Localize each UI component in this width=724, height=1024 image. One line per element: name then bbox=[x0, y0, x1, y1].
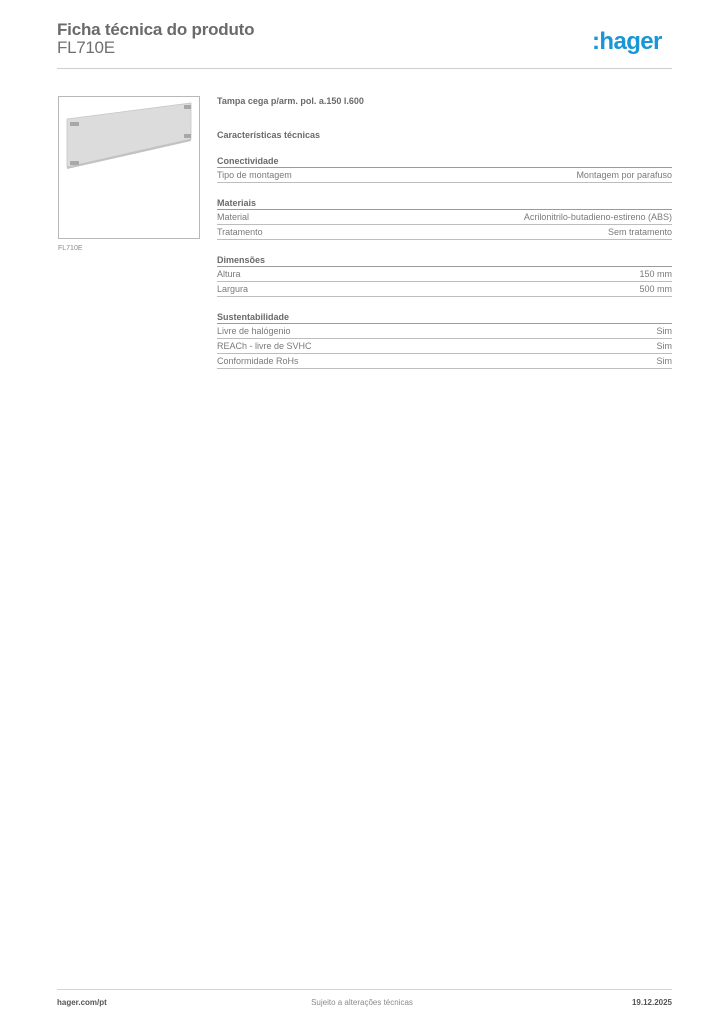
spec-label: Largura bbox=[217, 283, 248, 296]
spec-label: REACh - livre de SVHC bbox=[217, 340, 312, 353]
spec-value: Montagem por parafuso bbox=[576, 169, 672, 182]
spec-group: SustentabilidadeLivre de halógenioSimREA… bbox=[217, 311, 672, 369]
image-caption: FL710E bbox=[58, 245, 83, 252]
spec-group: DimensõesAltura150 mmLargura500 mm bbox=[217, 254, 672, 297]
spec-group-title: Materiais bbox=[217, 197, 672, 210]
spec-row: Tipo de montagemMontagem por parafuso bbox=[217, 168, 672, 183]
spec-row: Largura500 mm bbox=[217, 282, 672, 297]
spec-row: Conformidade RoHsSim bbox=[217, 354, 672, 369]
spec-group-title: Conectividade bbox=[217, 155, 672, 168]
spec-label: Material bbox=[217, 211, 249, 224]
spec-group: ConectividadeTipo de montagemMontagem po… bbox=[217, 155, 672, 183]
spec-group-title: Sustentabilidade bbox=[217, 311, 672, 324]
spec-label: Tratamento bbox=[217, 226, 263, 239]
page-title: Ficha técnica do produto bbox=[57, 20, 254, 40]
spec-value: Sim bbox=[657, 325, 673, 338]
footer-notice: Sujeito a alterações técnicas bbox=[0, 998, 724, 1007]
product-code: FL710E bbox=[57, 38, 115, 58]
spec-row: REACh - livre de SVHCSim bbox=[217, 339, 672, 354]
spec-value: Sim bbox=[657, 355, 673, 368]
product-panel-icon bbox=[59, 97, 199, 238]
spec-value: 150 mm bbox=[639, 268, 672, 281]
footer-date: 19.12.2025 bbox=[632, 998, 672, 1007]
spec-label: Livre de halógenio bbox=[217, 325, 291, 338]
spec-label: Tipo de montagem bbox=[217, 169, 292, 182]
spec-row: Livre de halógenioSim bbox=[217, 324, 672, 339]
hager-logo: :hager bbox=[592, 28, 662, 56]
spec-group-title: Dimensões bbox=[217, 254, 672, 267]
product-description: Tampa cega p/arm. pol. a.150 l.600 bbox=[217, 95, 672, 107]
spec-value: Sim bbox=[657, 340, 673, 353]
spec-row: MaterialAcrilonitrilo-butadieno-estireno… bbox=[217, 210, 672, 225]
footer-divider bbox=[57, 989, 672, 990]
spec-group: MateriaisMaterialAcrilonitrilo-butadieno… bbox=[217, 197, 672, 240]
header-divider bbox=[57, 68, 672, 69]
product-image bbox=[58, 96, 200, 239]
spec-row: TratamentoSem tratamento bbox=[217, 225, 672, 240]
spec-value: Sem tratamento bbox=[608, 226, 672, 239]
spec-label: Altura bbox=[217, 268, 241, 281]
spec-value: Acrilonitrilo-butadieno-estireno (ABS) bbox=[524, 211, 672, 224]
spec-label: Conformidade RoHs bbox=[217, 355, 299, 368]
specifications: Tampa cega p/arm. pol. a.150 l.600 Carac… bbox=[217, 95, 672, 369]
section-title: Características técnicas bbox=[217, 129, 672, 141]
spec-row: Altura150 mm bbox=[217, 267, 672, 282]
spec-value: 500 mm bbox=[639, 283, 672, 296]
